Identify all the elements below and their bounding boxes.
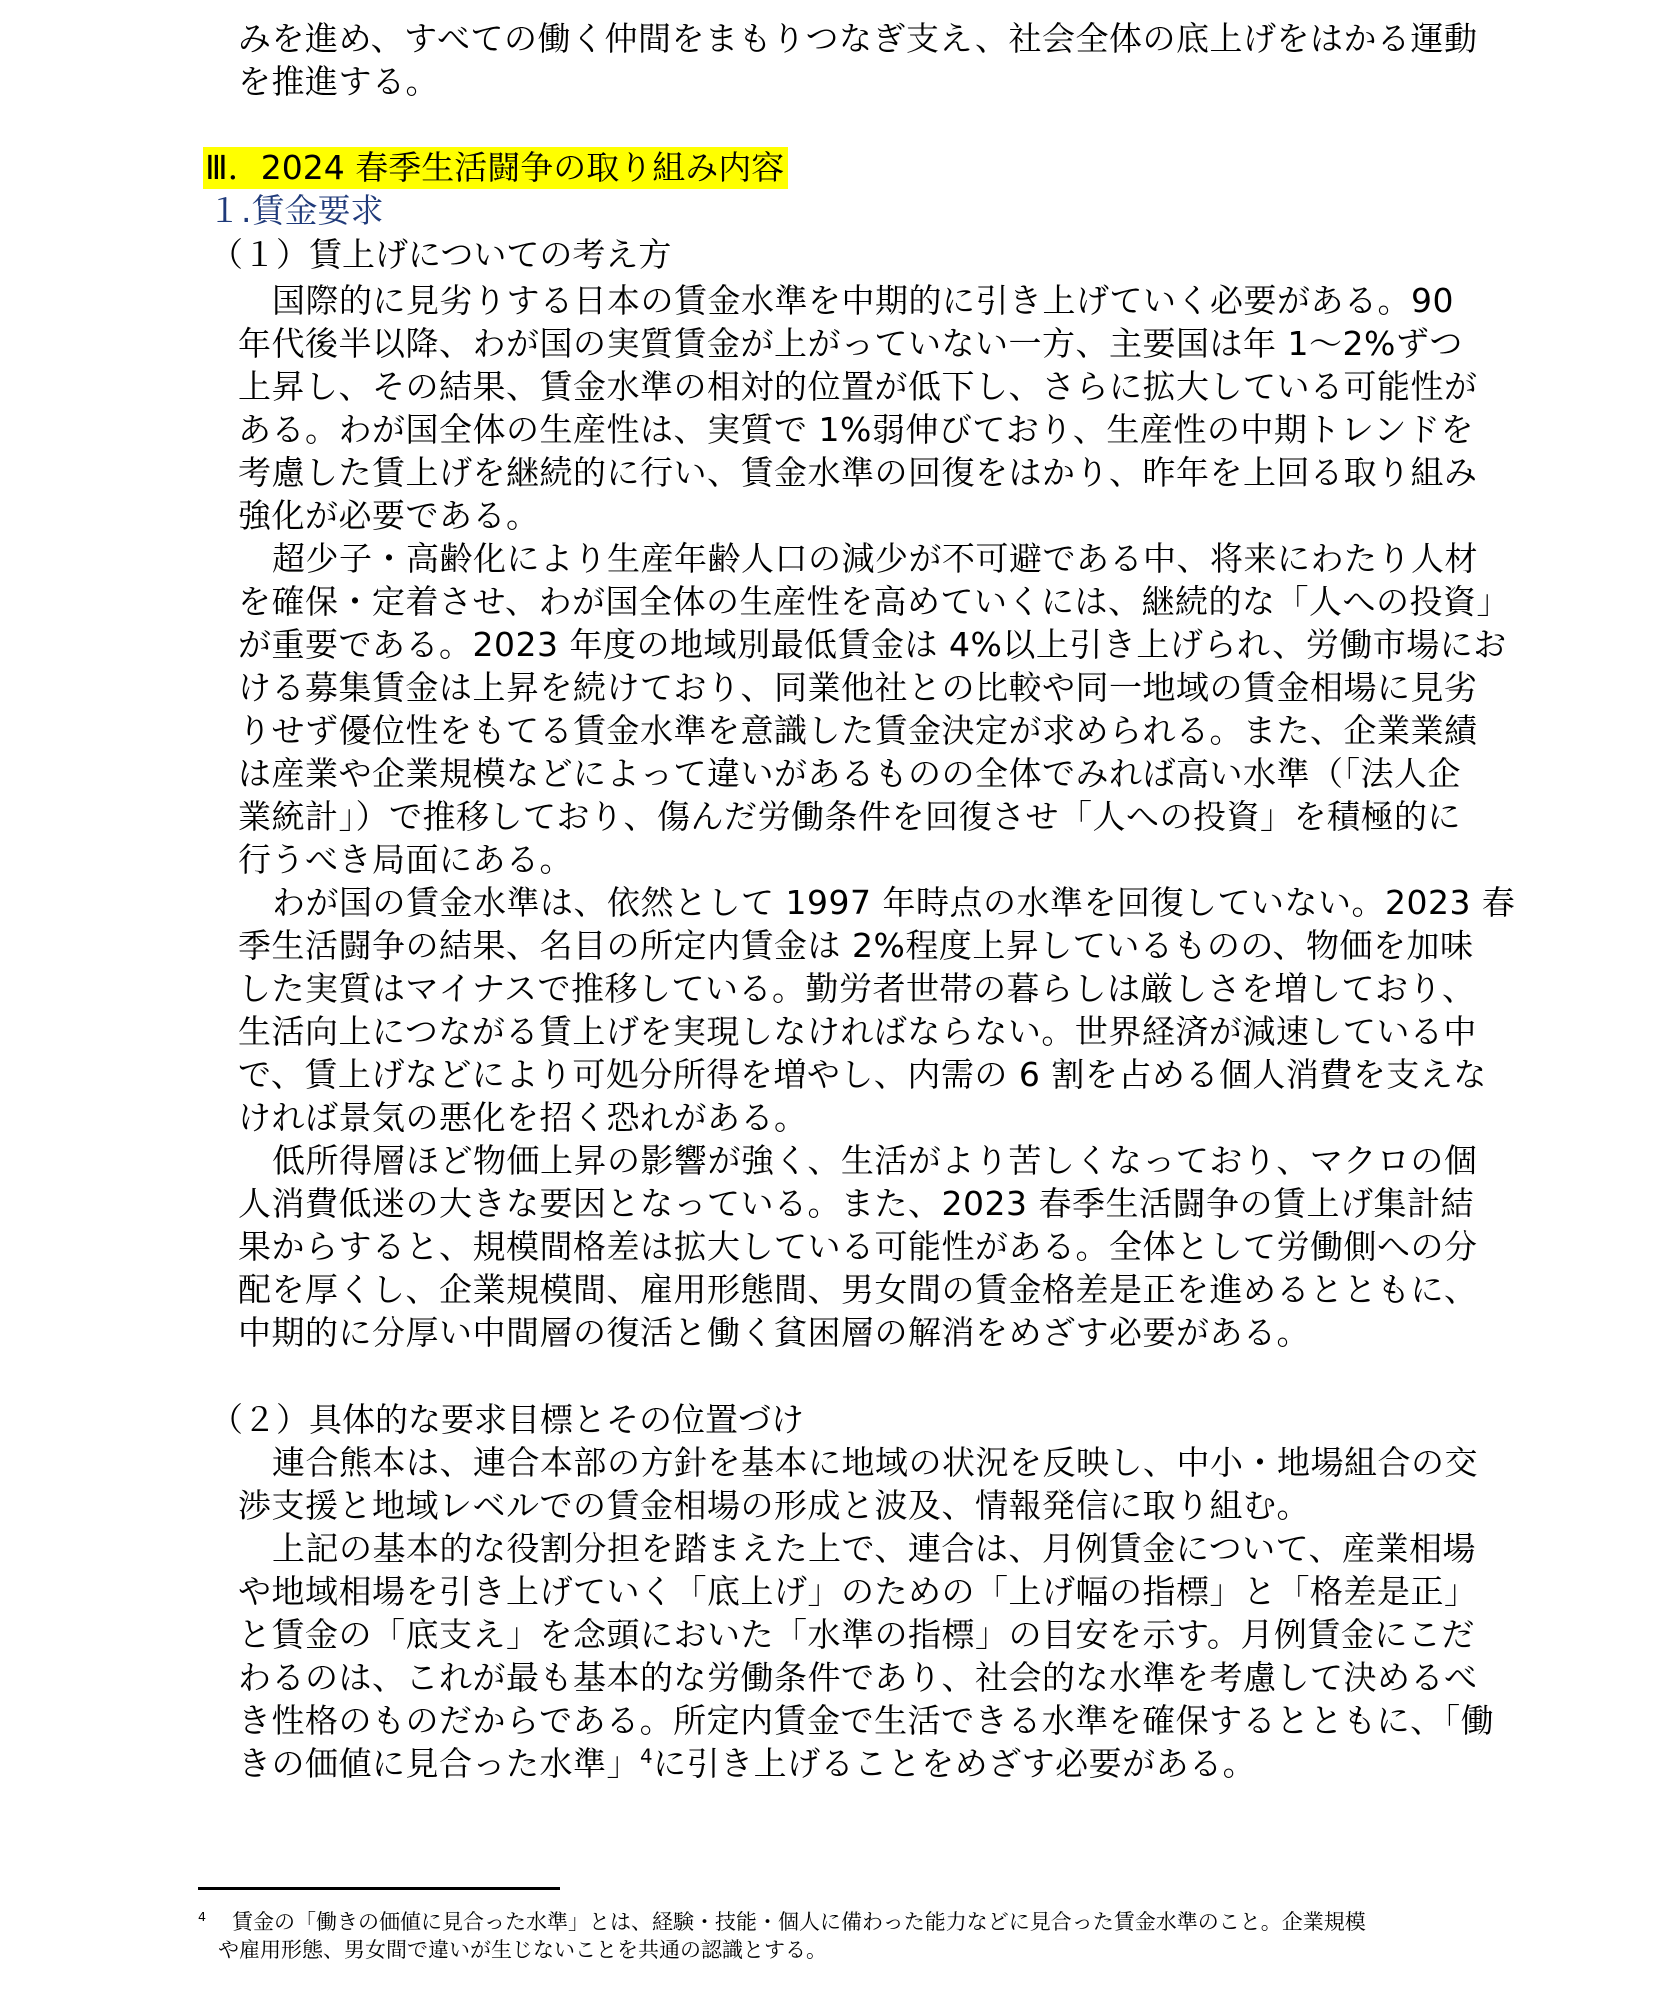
- paragraph-line: 国際的に見劣りする日本の賃金水準を中期的に引き上げていく必要がある。90: [238, 279, 1492, 322]
- footnote-line: や雇用形態、男女間で違いが生じないことを共通の認識とする。: [218, 1936, 827, 1964]
- paragraph-line: 配を厚くし、企業規模間、雇用形態間、男女間の賃金格差是正を進めるとともに、: [238, 1268, 1458, 1311]
- paragraph-line: 業統計」）で推移しており、傷んだ労働条件を回復させ「人への投資」を積極的に: [238, 795, 1458, 838]
- paragraph-line: 上昇し、その結果、賃金水準の相対的位置が低下し、さらに拡大している可能性が: [238, 365, 1458, 408]
- paragraph-line: 人消費低迷の大きな要因となっている。また、2023 春季生活闘争の賃上げ集計結: [238, 1182, 1458, 1225]
- paragraph-line: 渉支援と地域レベルでの賃金相場の形成と波及、情報発信に取り組む。: [238, 1484, 1458, 1527]
- paragraph-line: 生活向上につながる賃上げを実現しなければならない。世界経済が減速している中: [238, 1010, 1458, 1053]
- paragraph-line: ある。わが国全体の生産性は、実質で 1%弱伸びており、生産性の中期トレンドを: [238, 408, 1458, 451]
- section-heading: Ⅲ．2024 春季生活闘争の取り組み内容: [203, 147, 788, 189]
- paragraph-line: わが国の賃金水準は、依然として 1997 年時点の水準を回復していない。2023…: [238, 881, 1492, 924]
- paragraph-text: に引き上げることをめざす必要がある。: [653, 1744, 1256, 1783]
- intro-line: みを進め、すべての働く仲間をまもりつなぎ支え、社会全体の底上げをはかる運動: [238, 17, 1458, 60]
- sub2-title: （２）具体的な要求目標とその位置づけ: [210, 1398, 804, 1441]
- paragraph-text: きの価値に見合った水準」: [238, 1744, 640, 1783]
- intro-line: を推進する。: [238, 60, 1458, 103]
- footnote-separator: [198, 1887, 560, 1890]
- paragraph-line: 連合熊本は、連合本部の方針を基本に地域の状況を反映し、中小・地場組合の交: [238, 1441, 1492, 1484]
- paragraph-line: 強化が必要である。: [238, 494, 1458, 537]
- footnote-line: 4賃金の「働きの価値に見合った水準」とは、経験・技能・個人に備わった能力などに見…: [198, 1908, 1366, 1936]
- paragraph-line: 果からすると、規模間格差は拡大している可能性がある。全体として労働側への分: [238, 1225, 1458, 1268]
- paragraph-line: ければ景気の悪化を招く恐れがある。: [238, 1096, 1458, 1139]
- paragraph-line: 上記の基本的な役割分担を踏まえた上で、連合は、月例賃金について、産業相場: [238, 1527, 1492, 1570]
- sub1-title: （１）賃上げについての考え方: [210, 233, 671, 276]
- paragraph-line: で、賃上げなどにより可処分所得を増やし、内需の 6 割を占める個人消費を支えな: [238, 1053, 1458, 1096]
- paragraph-line: 超少子・高齢化により生産年齢人口の減少が不可避である中、将来にわたり人材: [238, 537, 1492, 580]
- subsection-heading: １.賃金要求: [208, 190, 384, 232]
- paragraph-line: と賃金の「底支え」を念頭においた「水準の指標」の目安を示す。月例賃金にこだ: [238, 1613, 1458, 1656]
- paragraph-line: は産業や企業規模などによって違いがあるものの全体でみれば高い水準（「法人企: [238, 752, 1458, 795]
- footnote-marker: 4: [198, 1909, 206, 1924]
- paragraph-line: りせず優位性をもてる賃金水準を意識した賃金決定が求められる。また、企業業績: [238, 709, 1458, 752]
- paragraph-line: 行うべき局面にある。: [238, 838, 1458, 881]
- paragraph-line: わるのは、これが最も基本的な労働条件であり、社会的な水準を考慮して決めるべ: [238, 1656, 1458, 1699]
- footnote-reference[interactable]: 4: [640, 1745, 653, 1768]
- paragraph-line: き性格のものだからである。所定内賃金で生活できる水準を確保するとともに、「働: [238, 1699, 1458, 1742]
- paragraph-line: 低所得層ほど物価上昇の影響が強く、生活がより苦しくなっており、マクロの個: [238, 1139, 1492, 1182]
- paragraph-line: した実質はマイナスで推移している。勤労者世帯の暮らしは厳しさを増しており、: [238, 967, 1458, 1010]
- paragraph-line: や地域相場を引き上げていく「底上げ」のための「上げ幅の指標」と「格差是正」: [238, 1570, 1458, 1613]
- paragraph-line: 年代後半以降、わが国の実質賃金が上がっていない一方、主要国は年 1～2%ずつ: [238, 322, 1458, 365]
- paragraph-line: 中期的に分厚い中間層の復活と働く貧困層の解消をめざす必要がある。: [238, 1311, 1458, 1354]
- paragraph-line: きの価値に見合った水準」4に引き上げることをめざす必要がある。: [238, 1742, 1458, 1785]
- footnote-text: 賃金の「働きの価値に見合った水準」とは、経験・技能・個人に備わった能力などに見合…: [206, 1910, 1366, 1934]
- paragraph-line: を確保・定着させ、わが国全体の生産性を高めていくには、継続的な「人への投資」: [238, 580, 1458, 623]
- paragraph-line: が重要である。2023 年度の地域別最低賃金は 4%以上引き上げられ、労働市場に…: [238, 623, 1458, 666]
- paragraph-line: ける募集賃金は上昇を続けており、同業他社との比較や同一地域の賃金相場に見劣: [238, 666, 1458, 709]
- paragraph-line: 季生活闘争の結果、名目の所定内賃金は 2%程度上昇しているものの、物価を加味: [238, 924, 1458, 967]
- paragraph-line: 考慮した賃上げを継続的に行い、賃金水準の回復をはかり、昨年を上回る取り組み: [238, 451, 1458, 494]
